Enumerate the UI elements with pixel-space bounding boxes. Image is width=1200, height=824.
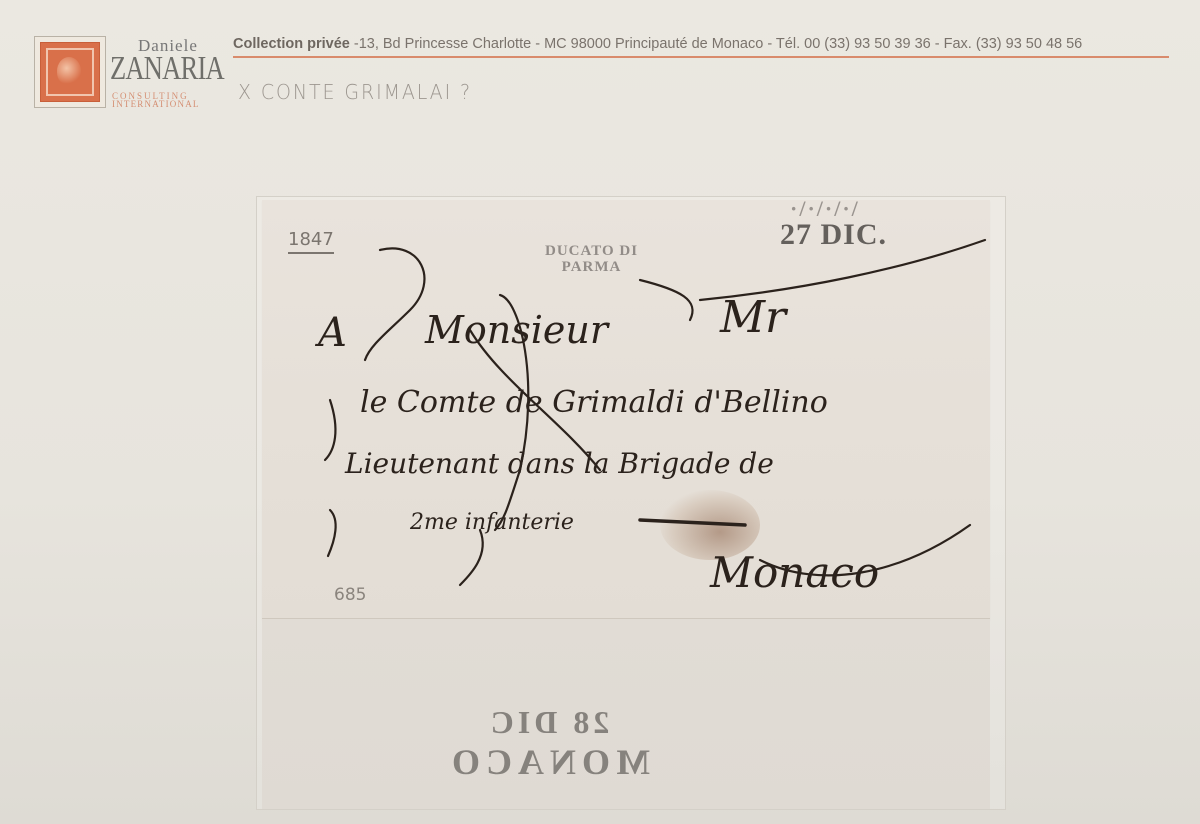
- script-regiment: 2me infanterie: [410, 510, 574, 535]
- inventory-note: 685: [334, 585, 366, 605]
- arrival-postmark: 28 DIC MONACO: [446, 702, 650, 782]
- script-monsieur: Monsieur: [425, 308, 608, 352]
- logo-stamp: [34, 36, 106, 108]
- header-address: Collection privée -13, Bd Princesse Char…: [233, 36, 1173, 52]
- logo-international: INTERNATIONAL: [112, 99, 200, 109]
- postmark-date: 27 DIC.: [780, 218, 887, 252]
- script-mr: Mr: [720, 292, 786, 343]
- script-a: A: [318, 310, 347, 356]
- collection-title: Collection privée: [233, 36, 350, 52]
- header-divider: [233, 56, 1169, 58]
- arrival-city: MONACO: [446, 742, 650, 782]
- arrival-date: 28 DIC: [446, 702, 650, 742]
- postage-stamp-icon: [40, 42, 100, 102]
- postmark-origin-line1: DUCATO DI: [545, 243, 638, 259]
- collection-card: Daniele ZANARIA CONSULTING INTERNATIONAL…: [0, 0, 1200, 824]
- year-note: 1847: [288, 228, 334, 254]
- address-text: -13, Bd Princesse Charlotte - MC 98000 P…: [350, 36, 1082, 52]
- pencil-annotation: X CONTE GRIMALAI ?: [238, 80, 472, 104]
- logo-surname: ZANARIA: [110, 50, 224, 88]
- postmark-origin: DUCATO DI PARMA: [545, 243, 638, 275]
- script-destination: Monaco: [710, 548, 879, 597]
- postmark-origin-line2: PARMA: [545, 259, 638, 275]
- script-rank: Lieutenant dans la Brigade de: [345, 447, 774, 480]
- script-addressee: le Comte de Grimaldi d'Bellino: [360, 385, 828, 420]
